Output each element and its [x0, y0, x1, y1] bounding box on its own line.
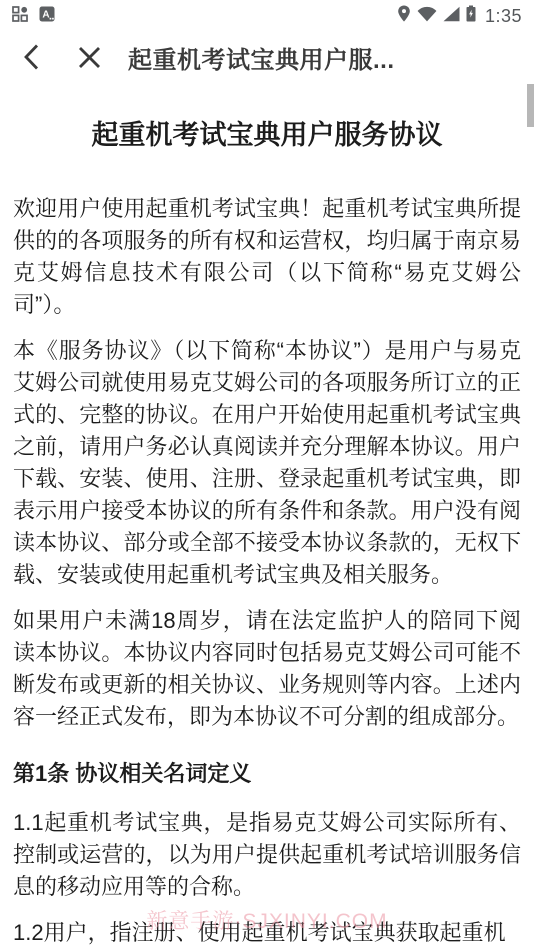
close-icon — [76, 44, 103, 71]
agreement-paragraph: 1.2用户，指注册、使用起重机考试宝典获取起重机 — [13, 917, 521, 949]
agreement-paragraph: 欢迎用户使用起重机考试宝典！起重机考试宝典所提供的的各项服务的所有权和运营权，均… — [13, 193, 521, 321]
cellular-signal-icon — [443, 6, 460, 27]
status-bar-right: 1:35 — [397, 5, 522, 27]
agreement-paragraph: 本《服务协议》（以下简称“本协议”）是用户与易克艾姆公司就使用易克艾姆公司的各项… — [13, 335, 521, 591]
agreement-body: 欢迎用户使用起重机考试宝典！起重机考试宝典所提供的的各项服务的所有权和运营权，均… — [13, 193, 521, 949]
scrollbar-thumb[interactable] — [527, 84, 534, 127]
section-heading: 第1条 协议相关名词定义 — [13, 758, 521, 790]
location-icon — [397, 5, 411, 27]
battery-charging-icon — [466, 5, 476, 27]
back-button[interactable] — [21, 43, 43, 71]
status-bar: A 1:35 — [0, 0, 534, 28]
chevron-left-icon — [21, 43, 43, 71]
status-bar-clock: 1:35 — [485, 6, 522, 27]
wifi-icon — [417, 6, 437, 27]
agreement-paragraph: 1.1起重机考试宝典，是指易克艾姆公司实际所有、控制或运营的，以为用户提供起重机… — [13, 807, 521, 903]
agreement-document: 起重机考试宝典用户服务协议 欢迎用户使用起重机考试宝典！起重机考试宝典所提供的的… — [0, 120, 534, 949]
agreement-paragraph: 如果用户未满18周岁，请在法定监护人的陪同下阅读本协议。本协议内容同时包括易克艾… — [13, 605, 521, 733]
close-button[interactable] — [76, 44, 103, 71]
svg-text:A: A — [42, 9, 49, 20]
nav-title: 起重机考试宝典用户服... — [128, 40, 395, 75]
grid-apps-notification-icon — [12, 6, 28, 27]
nav-bar: 起重机考试宝典用户服... — [0, 28, 534, 86]
status-bar-left: A — [12, 6, 55, 27]
input-method-a-icon: A — [39, 6, 55, 27]
document-title: 起重机考试宝典用户服务协议 — [13, 120, 521, 150]
